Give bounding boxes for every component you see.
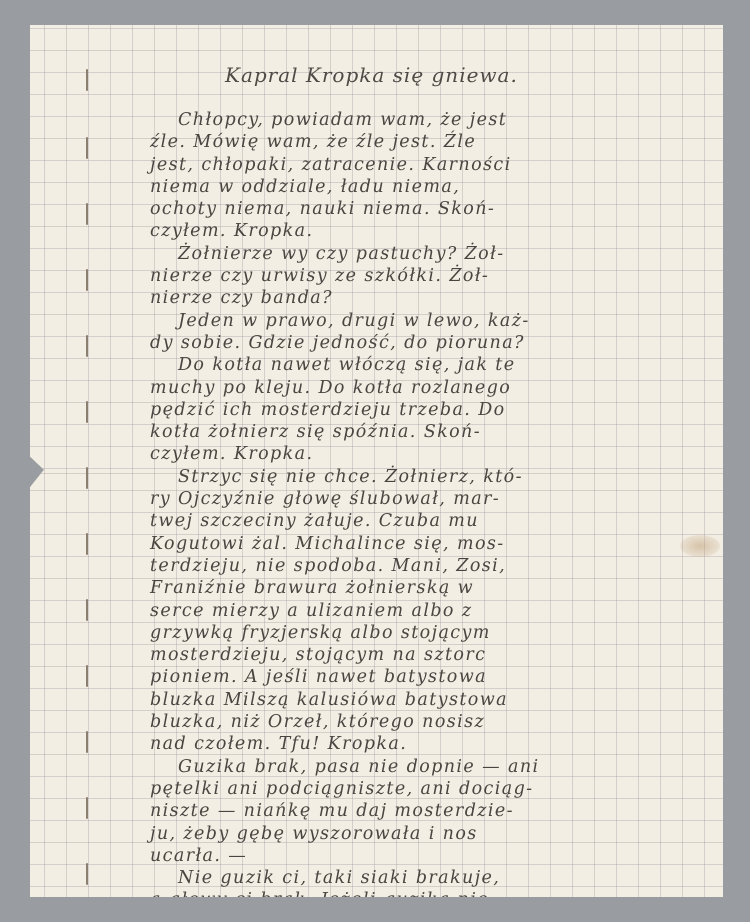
text-line: pioniem. A jeśli nawet batystowa — [150, 666, 725, 688]
margin-mark — [86, 599, 88, 621]
text-line: terdzieju, nie spodoba. Mani, Zosi, — [150, 555, 725, 577]
margin-mark — [86, 467, 88, 489]
margin-mark — [86, 533, 88, 555]
margin-mark — [86, 69, 88, 91]
text-line: nad czołem. Tfu! Kropka. — [150, 733, 725, 755]
text-line: ju, żeby gębę wyszorowała i nos — [150, 823, 725, 845]
text-line: ochoty niema, nauki niema. Skoń- — [150, 198, 725, 220]
text-line: muchy po kleju. Do kotła rozlanego — [150, 377, 725, 399]
margin-mark — [86, 203, 88, 225]
text-line: czyłem. Kropka. — [150, 443, 725, 465]
text-line: grzywką fryzjerską albo stojącym — [150, 622, 725, 644]
text-line: kotła żołnierz się spóźnia. Skoń- — [150, 421, 725, 443]
scan-backdrop: Kapral Kropka się gniewa. Chłopcy, powia… — [0, 0, 750, 922]
manuscript-body: Chłopcy, powiadam wam, że jest źle. Mówi… — [150, 109, 725, 912]
text-line: Jeden w prawo, drugi w lewo, każ- — [150, 310, 725, 332]
margin-mark — [86, 401, 88, 423]
text-line: Guzika brak, pasa nie dopnie — ani — [150, 756, 725, 778]
text-line: nierze czy banda? — [150, 287, 725, 309]
text-line: źle. Mówię wam, że źle jest. Źle — [150, 131, 725, 153]
margin-mark — [86, 137, 88, 159]
margin-mark — [86, 665, 88, 687]
text-line: ry Ojczyźnie głowę ślubował, mar- — [150, 488, 725, 510]
text-line: jest, chłopaki, zatracenie. Karności — [150, 154, 725, 176]
text-line: mosterdzieju, stojącym na sztorc — [150, 644, 725, 666]
margin-mark — [86, 269, 88, 291]
text-line: Chłopcy, powiadam wam, że jest — [150, 109, 725, 131]
text-line: a głowy ci brak. Jeżeli guzika nie — [150, 889, 725, 911]
text-line: bluzka, niż Orzeł, którego nosisz — [150, 711, 725, 733]
margin-mark — [86, 731, 88, 753]
text-line: nierze czy urwisy ze szkółki. Żoł- — [150, 265, 725, 287]
text-line: pętelki ani podciągniszte, ani dociąg- — [150, 778, 725, 800]
text-line: Franiźnie brawura żołnierską w — [150, 577, 725, 599]
text-line: dy sobie. Gdzie jedność, do pioruna? — [150, 332, 725, 354]
manuscript-page: Kapral Kropka się gniewa. Chłopcy, powia… — [30, 25, 723, 897]
text-line: pędzić ich mosterdzieju trzeba. Do — [150, 399, 725, 421]
text-line: twej szczeciny żałuje. Czuba mu — [150, 510, 725, 532]
text-line: czyłem. Kropka. — [150, 220, 725, 242]
text-line: bluzka Milszą kalusiówa batystowa — [150, 689, 725, 711]
margin-mark — [86, 335, 88, 357]
text-line: Kogutowi żal. Michalince się, mos- — [150, 533, 725, 555]
text-line: niszte — niańkę mu daj mosterdzie- — [150, 800, 725, 822]
manuscript-title: Kapral Kropka się gniewa. — [225, 63, 518, 87]
margin-marks — [86, 55, 90, 895]
text-line: Strzyc się nie chce. Żołnierz, któ- — [150, 466, 725, 488]
text-line: niema w oddziale, ładu niema, — [150, 176, 725, 198]
text-line: serce mierzy a ulizaniem albo z — [150, 600, 725, 622]
margin-mark — [86, 797, 88, 819]
text-line: ucarła. — — [150, 845, 725, 867]
text-line: Żołnierze wy czy pastuchy? Żoł- — [150, 243, 725, 265]
margin-mark — [86, 863, 88, 885]
text-line: Nie guzik ci, taki siaki brakuje, — [150, 867, 725, 889]
text-line: Do kotła nawet włóczą się, jak te — [150, 354, 725, 376]
